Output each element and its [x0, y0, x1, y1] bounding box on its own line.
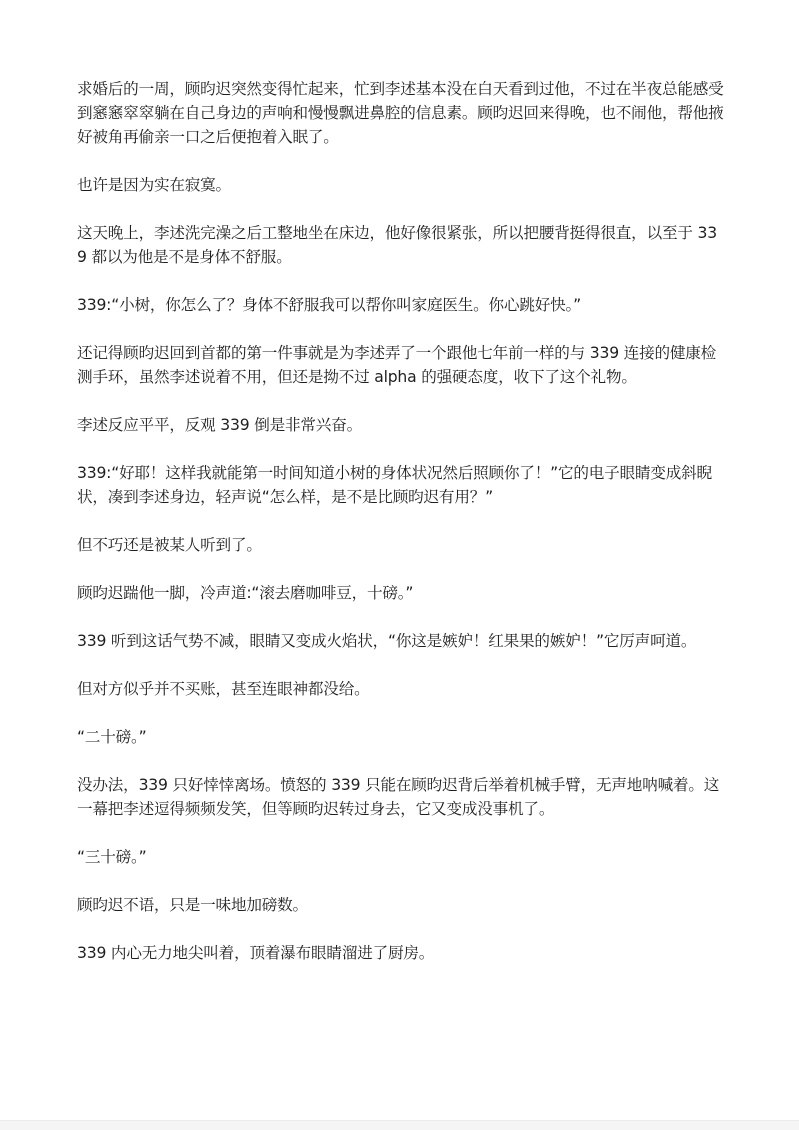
paragraph: 还记得顾昀迟回到首都的第一件事就是为李述弄了一个跟他七年前一样的与 339 连接…	[77, 341, 725, 389]
paragraph: 339 听到这话气势不减，眼睛又变成火焰状，“你这是嫉妒！红果果的嫉妒！”它厉声…	[77, 629, 725, 653]
paragraph: 李述反应平平，反观 339 倒是非常兴奋。	[77, 413, 725, 437]
paragraph: “三十磅。”	[77, 845, 725, 869]
document-page: 求婚后的一周，顾昀迟突然变得忙起来，忙到李述基本没在白天看到过他，不过在半夜总能…	[0, 0, 799, 1120]
paragraph: 也许是因为实在寂寞。	[77, 173, 725, 197]
page-bottom-edge	[0, 1120, 799, 1130]
paragraph: 这天晚上，李述洗完澡之后工整地坐在床边，他好像很紧张，所以把腰背挺得很直，以至于…	[77, 221, 725, 269]
paragraph: 339:“小树，你怎么了？身体不舒服我可以帮你叫家庭医生。你心跳好快。”	[77, 293, 725, 317]
paragraph: 顾昀迟不语，只是一味地加磅数。	[77, 893, 725, 917]
paragraph: 求婚后的一周，顾昀迟突然变得忙起来，忙到李述基本没在白天看到过他，不过在半夜总能…	[77, 77, 725, 149]
paragraph: 但对方似乎并不买账，甚至连眼神都没给。	[77, 677, 725, 701]
paragraph: “二十磅。”	[77, 725, 725, 749]
paragraph: 但不巧还是被某人听到了。	[77, 533, 725, 557]
paragraph: 339:“好耶！这样我就能第一时间知道小树的身体状况然后照顾你了！”它的电子眼睛…	[77, 461, 725, 509]
paragraph: 没办法，339 只好悻悻离场。愤怒的 339 只能在顾昀迟背后举着机械手臂，无声…	[77, 773, 725, 821]
document-body: 求婚后的一周，顾昀迟突然变得忙起来，忙到李述基本没在白天看到过他，不过在半夜总能…	[77, 77, 725, 989]
paragraph: 339 内心无力地尖叫着，顶着瀑布眼睛溜进了厨房。	[77, 941, 725, 965]
paragraph: 顾昀迟踹他一脚，冷声道:“滚去磨咖啡豆，十磅。”	[77, 581, 725, 605]
